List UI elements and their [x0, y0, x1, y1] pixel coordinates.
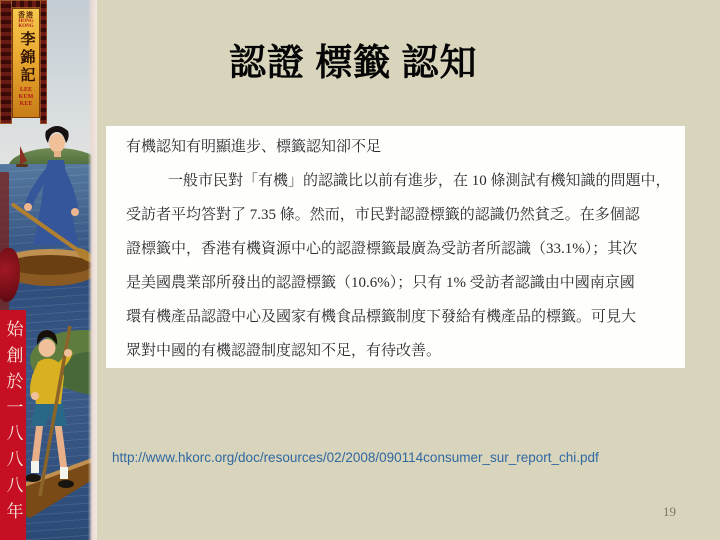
slide: 香港 HONG KONG 李錦記 LEE KUM KEE 始創於一八八八年 認證… — [0, 0, 720, 540]
brand-name-en-label: LEE KUM KEE — [15, 87, 37, 108]
source-pdf-link[interactable]: http://www.hkorc.org/doc/resources/02/20… — [112, 450, 599, 465]
report-excerpt-box: 有機認知有明顯進步、標籤認知卻不足 一般市民對「有機」的認識比以前有進步，在 1… — [106, 126, 685, 368]
page-number: 19 — [663, 504, 676, 520]
excerpt-line: 眾對中國的有機認證制度認知不足，有待改善。 — [126, 334, 669, 368]
lee-kum-kee-plaque: 香港 HONG KONG 李錦記 LEE KUM KEE — [12, 8, 40, 118]
brand-region-en-label: HONG KONG — [14, 19, 38, 29]
founding-year-text: 始創於一八八八年 — [1, 310, 26, 540]
excerpt-line: 一般市民對「有機」的認識比以前有進步，在 10 條測試有機知識的問題中， — [126, 164, 669, 198]
excerpt-line: 證標籤中，香港有機資源中心的認證標籤最廣為受訪者所認識（33.1%）；其次 — [126, 232, 669, 266]
founding-year-banner: 始創於一八八八年 — [0, 310, 26, 540]
excerpt-heading: 有機認知有明顯進步、標籤認知卻不足 — [126, 130, 669, 164]
lattice-frame-left — [0, 0, 12, 124]
brand-region-label: 香港 — [18, 11, 34, 19]
sidebar-edge-fade — [88, 0, 97, 540]
brand-sidebar-image: 香港 HONG KONG 李錦記 LEE KUM KEE 始創於一八八八年 — [0, 0, 97, 540]
brand-name-label: 李錦記 — [19, 31, 34, 85]
excerpt-line: 受訪者平均答對了 7.35 條。然而，市民對認證標籤的認識仍然貧乏。在多個認 — [126, 198, 669, 232]
excerpt-line: 環有機產品認證中心及國家有機食品標籤制度下發給有機產品的標籤。可見大 — [126, 300, 669, 334]
slide-title: 認證 標籤 認知 — [229, 40, 478, 88]
excerpt-line: 是美國農業部所發出的認證標籤（10.6%）；只有 1% 受訪者認識由中國南京國 — [126, 266, 669, 300]
lattice-frame-right — [40, 0, 47, 124]
